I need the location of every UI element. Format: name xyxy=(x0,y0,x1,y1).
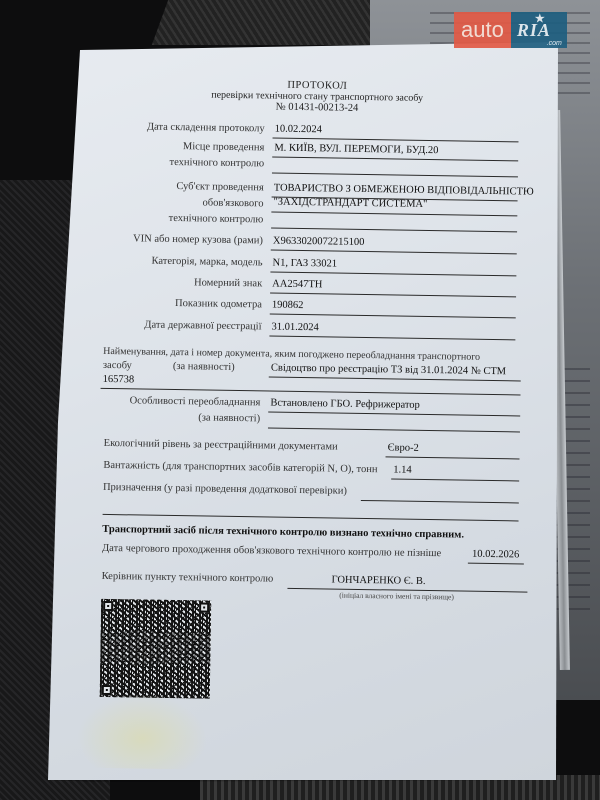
field-value: Свідоцтво про реєстрацію ТЗ від 31.01.20… xyxy=(271,363,506,378)
underline xyxy=(270,314,516,319)
field-label: Місце проведення xyxy=(183,141,265,153)
field-conversion-features: Особливості переобладнання Встановлено Г… xyxy=(42,394,552,402)
underline xyxy=(268,428,520,433)
field-value: ГОНЧАРЕНКО Є. В. xyxy=(331,575,425,587)
field-conversion-document: Найменування, дата і номер документа, як… xyxy=(43,345,553,353)
logo-ria-text: RIA xyxy=(517,20,551,41)
underline xyxy=(361,500,519,503)
field-payload: Вантажність (для транспортних засобів ка… xyxy=(41,459,551,467)
field-label: Особливості переобладнання xyxy=(130,395,261,408)
underline xyxy=(270,293,516,298)
field-label: Керівник пункту технічного контролю xyxy=(102,571,274,585)
field-vin: VIN або номер кузова (рами) X96330200722… xyxy=(45,232,555,240)
underline xyxy=(273,138,519,143)
underline xyxy=(270,272,516,277)
qr-code xyxy=(100,599,212,699)
field-next-inspection: Дата чергового проходження обов'язкового… xyxy=(40,542,550,550)
field-label: Дата чергового проходження обов'язкового… xyxy=(102,543,441,559)
field-label: обов'язкового xyxy=(202,197,263,209)
conclusion-text: Транспортний засіб після технічного конт… xyxy=(102,524,464,541)
qr-finder xyxy=(199,602,209,612)
field-value: М. КИЇВ, ВУЛ. ПЕРЕМОГИ, БУД.20 xyxy=(274,143,438,157)
field-label: Суб'єкт проведення xyxy=(176,181,264,193)
underline xyxy=(386,456,520,459)
field-category: Категорія, марка, модель N1, ГАЗ 33021 xyxy=(45,254,555,262)
field-label: Дата складення протоколу xyxy=(147,122,265,135)
field-caption: (ініціал власного імені та прізвище) xyxy=(339,591,454,602)
field-value: 10.02.2026 xyxy=(472,549,519,561)
underline xyxy=(391,478,519,481)
field-head: Керівник пункту технічного контролю ГОНЧ… xyxy=(40,570,550,578)
underline xyxy=(272,157,518,162)
logo-auto: auto xyxy=(454,12,511,48)
underline xyxy=(271,250,517,255)
field-value: X9633020072215100 xyxy=(273,236,365,248)
field-label: VIN або номер кузова (рами) xyxy=(133,233,263,246)
protocol-document: ПРОТОКОЛ перевірки технічного стану тран… xyxy=(48,42,558,780)
field-odometer: Показник одометра 190862 xyxy=(44,296,554,304)
field-label: Дата державної реєстрації xyxy=(144,320,261,333)
field-value: ТОВАРИСТВО З ОБМЕЖЕНОЮ ВІДПОВІДАЛЬНІСТЮ xyxy=(274,183,534,198)
document-header: ПРОТОКОЛ перевірки технічного стану тран… xyxy=(47,76,557,117)
field-value: 165738 xyxy=(103,374,135,385)
field-label: технічного контролю xyxy=(169,157,264,169)
field-value: Встановлено ГБО. Рефрижератор xyxy=(270,398,420,411)
field-eco-level: Екологічний рівень за реєстраційними док… xyxy=(42,437,552,445)
field-label: технічного контролю xyxy=(169,213,264,225)
field-label: Номерний знак xyxy=(194,277,262,289)
underline xyxy=(271,212,517,217)
field-label: Показник одометра xyxy=(175,298,262,310)
field-label: Вантажність (для транспортних засобів ка… xyxy=(103,460,377,475)
field-plate: Номерний знак АА2547ТН xyxy=(44,275,554,283)
field-registration-date: Дата державної реєстрації 31.01.2024 xyxy=(44,318,554,326)
field-label: засобу xyxy=(103,360,132,371)
field-value: АА2547ТН xyxy=(272,279,322,291)
underline xyxy=(269,336,515,341)
field-purpose: Призначення (у разі проведення додатково… xyxy=(41,481,551,489)
field-value: 1.14 xyxy=(393,464,412,475)
underline xyxy=(468,563,524,565)
autoria-watermark-logo: auto ★ RIA .com xyxy=(454,12,567,48)
field-value: 190862 xyxy=(272,300,304,311)
field-label: (за наявності) xyxy=(173,361,235,373)
field-value: N1, ГАЗ 33021 xyxy=(272,258,337,270)
logo-com-text: .com xyxy=(547,40,562,47)
qr-finder xyxy=(103,601,113,611)
field-value: Євро-2 xyxy=(388,442,419,453)
underline xyxy=(269,377,521,382)
field-value: 31.01.2024 xyxy=(271,322,318,334)
underline xyxy=(103,514,519,522)
field-value: 10.02.2024 xyxy=(275,124,322,136)
logo-ria: ★ RIA .com xyxy=(511,12,567,48)
underline xyxy=(272,173,518,178)
field-protocol-date: Дата складення протоколу 10.02.2024 xyxy=(47,120,557,128)
field-label: Призначення (у разі проведення додатково… xyxy=(103,482,347,497)
field-label: Найменування, дата і номер документа, як… xyxy=(103,346,480,363)
paper-stain xyxy=(77,693,208,770)
underline xyxy=(268,412,520,417)
underline xyxy=(271,228,517,233)
field-entity: Суб'єкт проведення ТОВАРИСТВО З ОБМЕЖЕНО… xyxy=(46,179,556,187)
underline xyxy=(101,388,521,396)
field-label: (за наявності) xyxy=(198,412,260,424)
field-label: Категорія, марка, модель xyxy=(151,256,262,269)
field-label: Екологічний рівень за реєстраційними док… xyxy=(104,438,338,453)
field-value: "ЗАХІДСТРАНДАРТ СИСТЕМА" xyxy=(273,197,427,210)
